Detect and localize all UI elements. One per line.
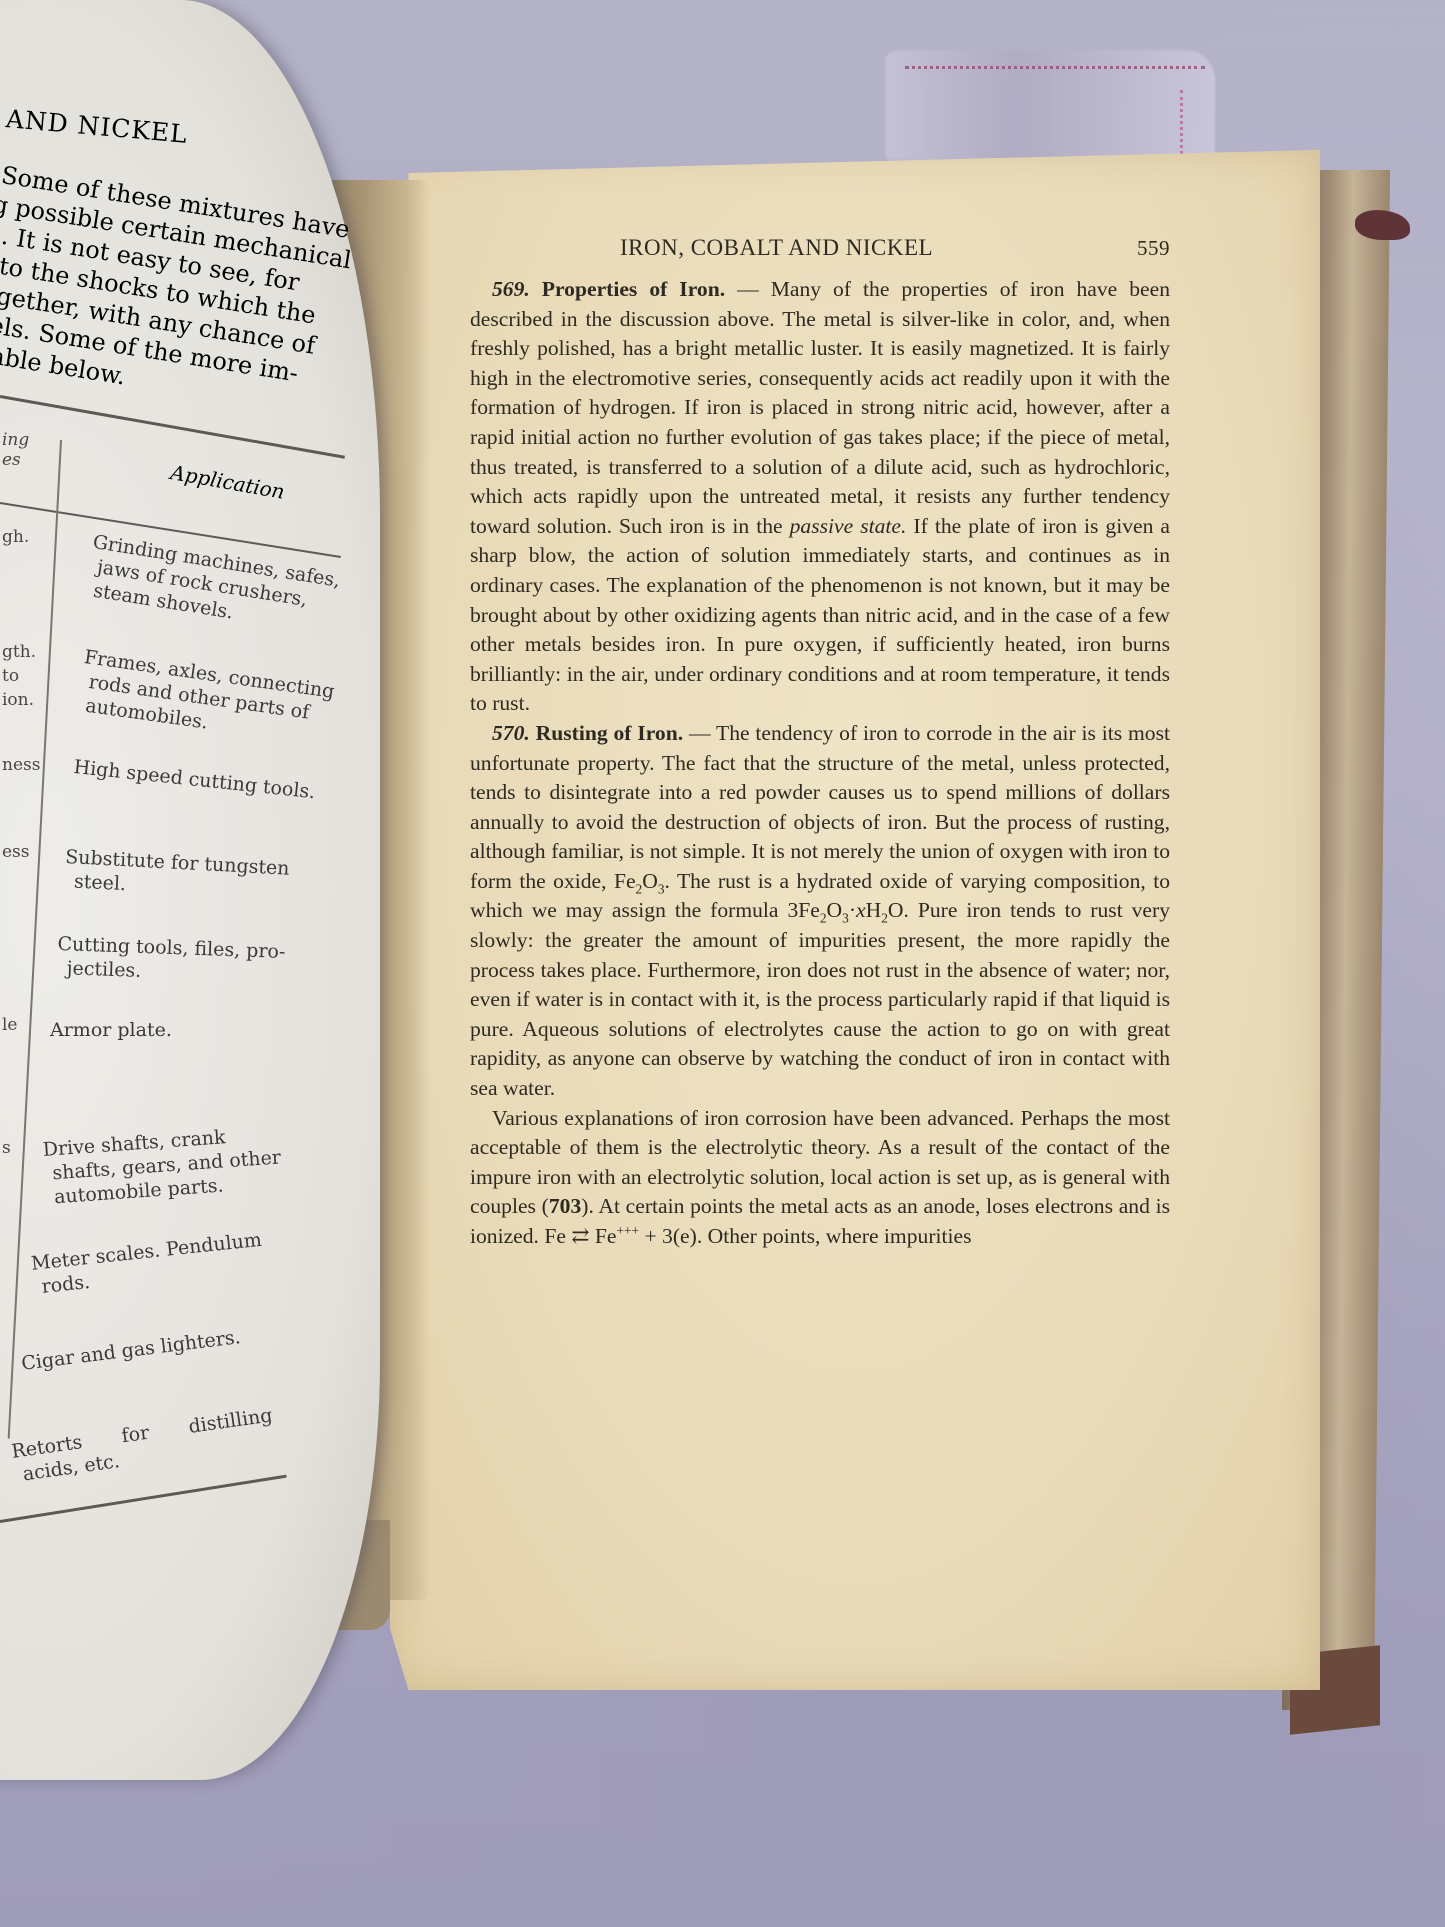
italic-term-passive-state: passive state. bbox=[790, 514, 907, 538]
row-fragment: gh. bbox=[2, 527, 29, 547]
row-fragment: gth. to ion. bbox=[2, 640, 47, 712]
cell-line: Armor plate. bbox=[50, 1018, 172, 1042]
table-header-left-fragment: ing es bbox=[2, 430, 29, 470]
em-dash: — bbox=[683, 721, 716, 745]
text-run: The tendency of iron to corrode in the a… bbox=[470, 721, 1170, 893]
running-head-title: IRON, COBALT AND NICKEL bbox=[620, 235, 933, 261]
em-dash: — bbox=[725, 277, 771, 301]
ionization-equation: Fe ⇄ Fe+++ + 3(e) bbox=[544, 1224, 696, 1248]
header-fragment: ing bbox=[2, 430, 29, 450]
table-cell-application: Cutting tools, files, pro- jectiles. bbox=[56, 932, 285, 988]
corrosion-theory-paragraph: Various explanations of iron corrosion h… bbox=[470, 1104, 1170, 1252]
page-number: 559 bbox=[1137, 236, 1170, 261]
text-run: Many of the properties of iron have been… bbox=[470, 277, 1170, 538]
row-fragment: ness bbox=[2, 755, 40, 775]
row-fragment: s bbox=[2, 1138, 11, 1158]
table-cell-application: Armor plate. bbox=[50, 1018, 172, 1042]
section-title: Rusting of Iron. bbox=[536, 721, 683, 745]
text-run: If the plate of iron is given a sharp bl… bbox=[470, 514, 1170, 716]
book-cover-corner bbox=[1355, 210, 1410, 240]
row-fragment: le bbox=[2, 1015, 18, 1035]
formula-hydrated-rust: 3Fe2O3·xH2O bbox=[787, 898, 903, 922]
section-number: 570. bbox=[492, 721, 530, 745]
text-run: . Pure iron tends to rust very slowly: t… bbox=[470, 898, 1170, 1100]
bag-printed-marks bbox=[905, 66, 1205, 73]
formula-iron-oxide: Fe2O3 bbox=[614, 869, 665, 893]
row-fragment: ess bbox=[2, 842, 30, 862]
section-title: Properties of Iron. bbox=[542, 277, 725, 301]
section-569-paragraph: 569. Properties of Iron. — Many of the p… bbox=[470, 275, 1170, 719]
cross-reference: 703 bbox=[549, 1194, 581, 1218]
text-run: . Other points, where impurities bbox=[697, 1224, 972, 1248]
running-head: IRON, COBALT AND NICKEL 559 bbox=[620, 235, 1170, 261]
section-number: 569. bbox=[492, 277, 530, 301]
section-570-paragraph: 570. Rusting of Iron. — The tendency of … bbox=[470, 719, 1170, 1104]
bag-printed-marks-vertical bbox=[1180, 90, 1187, 160]
right-page-content: IRON, COBALT AND NICKEL 559 569. Propert… bbox=[470, 235, 1170, 1252]
body-text: 569. Properties of Iron. — Many of the p… bbox=[470, 275, 1170, 1252]
header-fragment: es bbox=[2, 450, 29, 470]
